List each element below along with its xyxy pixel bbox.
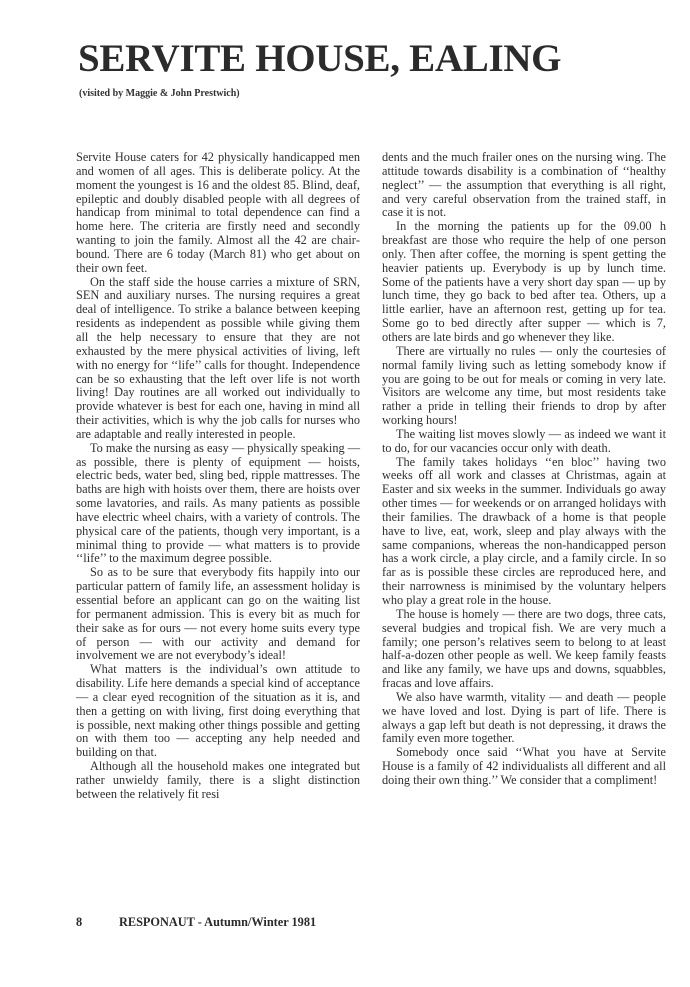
paragraph: We also have warmth, vitality — and deat…: [382, 691, 666, 746]
page-footer: 8RESPONAUT - Autumn/Winter 1981: [76, 915, 316, 930]
article-title: SERVITE HOUSE, EALING: [78, 36, 561, 82]
left-column: Servite House caters for 42 physically h…: [76, 151, 360, 802]
paragraph: Somebody once said ‘‘What you have at Se…: [382, 746, 666, 788]
paragraph: In the morning the patients up for the 0…: [382, 220, 666, 345]
paragraph: What matters is the individual’s own att…: [76, 663, 360, 760]
page-number: 8: [76, 915, 119, 930]
paragraph: dents and the much frailer ones on the n…: [382, 151, 666, 220]
paragraph: The waiting list moves slowly — as indee…: [382, 428, 666, 456]
paragraph: To make the nursing as easy — physically…: [76, 442, 360, 567]
paragraph: Although all the household makes one in­…: [76, 760, 360, 802]
article-byline: (visited by Maggie & John Prestwich): [79, 87, 240, 101]
paragraph: So as to be sure that everybody fits hap…: [76, 566, 360, 663]
paragraph: The family takes holidays ‘‘en bloc’’ ha…: [382, 456, 666, 608]
paragraph: On the staff side the house carries a mi…: [76, 276, 360, 442]
publication-name: RESPONAUT - Autumn/Winter 1981: [119, 915, 316, 929]
paragraph: The house is homely — there are two dogs…: [382, 608, 666, 691]
right-column: dents and the much frailer ones on the n…: [382, 151, 666, 788]
paragraph: There are virtually no rules — only the …: [382, 345, 666, 428]
paragraph: Servite House caters for 42 physically h…: [76, 151, 360, 276]
